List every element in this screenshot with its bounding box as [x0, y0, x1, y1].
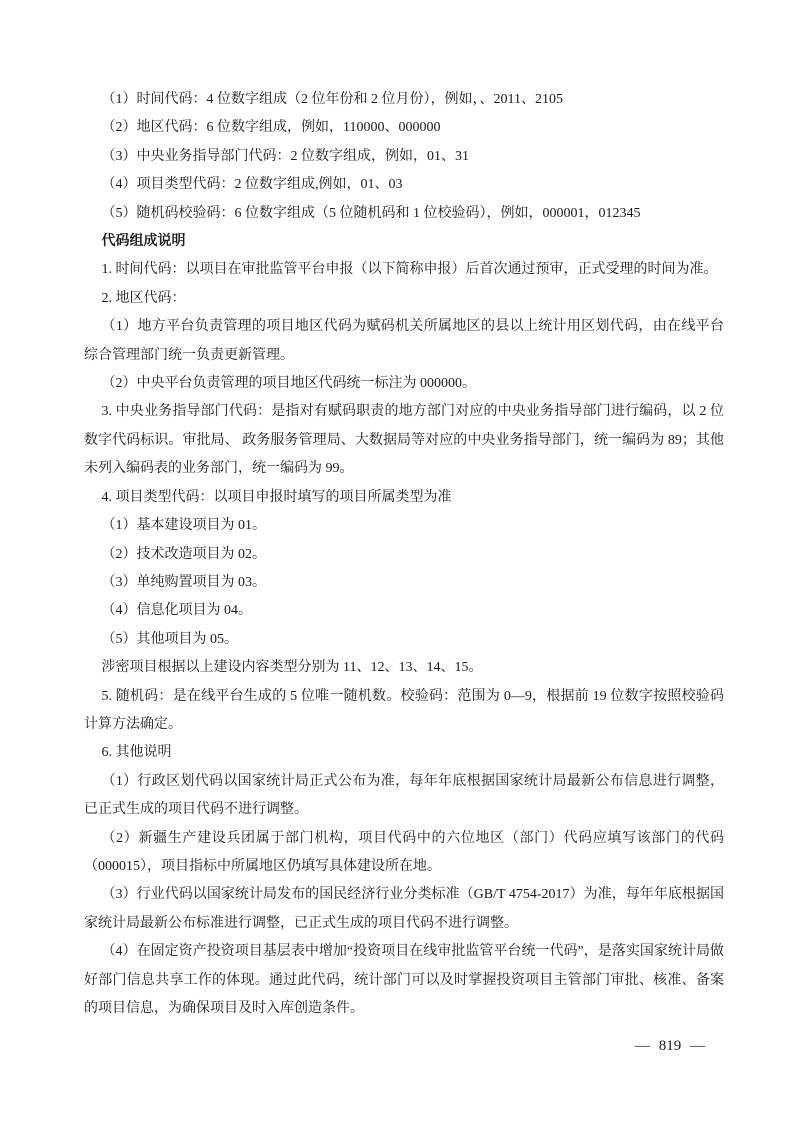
para-region-code-note: 2. 地区代码： [84, 285, 724, 313]
list-item-project-type-04: （4）信息化项目为 04。 [84, 597, 724, 625]
para-other-note-1: （1）行政区划代码以国家统计局正式公布为准，每年年底根据国家统计局最新公布信息进… [84, 768, 724, 825]
para-region-code-local-platform: （1）地方平台负责管理的项目地区代码为赋码机关所属地区的县以上统计用区划代码，由… [84, 313, 724, 370]
list-item-central-dept-code-format: （3）中央业务指导部门代码：2 位数字组成，例如，01、31 [84, 143, 724, 171]
para-random-code-note: 5. 随机码：是在线平台生成的 5 位唯一随机数。校验码：范围为 0—9，根据前… [84, 683, 724, 740]
para-other-note-4: （4）在固定资产投资项目基层表中增加“投资项目在线审批监管平台统一代码”，是落实… [84, 938, 724, 1023]
list-item-project-type-code-format: （4）项目类型代码：2 位数字组成,例如，01、03 [84, 171, 724, 199]
list-item-project-type-05: （5）其他项目为 05。 [84, 626, 724, 654]
para-other-note-2: （2）新疆生产建设兵团属于部门机构，项目代码中的六位地区（部门）代码应填写该部门… [84, 825, 724, 882]
para-time-code-note: 1. 时间代码：以项目在审批监管平台申报（以下简称申报）后首次通过预审，正式受理… [84, 256, 724, 284]
para-other-note-3: （3）行业代码以国家统计局发布的国民经济行业分类标准（GB/T 4754-201… [84, 881, 724, 938]
document-body: （1）时间代码：4 位数字组成（2 位年份和 2 位月份），例如，、2011、2… [84, 86, 724, 1023]
para-classified-project-types: 涉密项目根据以上建设内容类型分别为 11、12、13、14、15。 [84, 654, 724, 682]
page-number: — 819 — [635, 1036, 705, 1056]
para-region-code-central-platform: （2）中央平台负责管理的项目地区代码统一标注为 000000。 [84, 370, 724, 398]
para-other-notes-heading: 6. 其他说明 [84, 739, 724, 767]
list-item-project-type-01: （1）基本建设项目为 01。 [84, 512, 724, 540]
para-central-dept-code-note: 3. 中央业务指导部门代码：是指对有赋码职责的地方部门对应的中央业务指导部门进行… [84, 398, 724, 483]
para-project-type-code-note: 4. 项目类型代码：以项目申报时填写的项目所属类型为准 [84, 484, 724, 512]
list-item-project-type-02: （2）技术改造项目为 02。 [84, 541, 724, 569]
list-item-random-check-code-format: （5）随机码校验码：6 位数字组成（5 位随机码和 1 位校验码），例如，000… [84, 200, 724, 228]
list-item-project-type-03: （3）单纯购置项目为 03。 [84, 569, 724, 597]
list-item-time-code-format: （1）时间代码：4 位数字组成（2 位年份和 2 位月份），例如，、2011、2… [84, 86, 724, 114]
list-item-region-code-format: （2）地区代码：6 位数字组成，例如，110000、000000 [84, 114, 724, 142]
section-heading-code-composition: 代码组成说明 [84, 228, 724, 256]
